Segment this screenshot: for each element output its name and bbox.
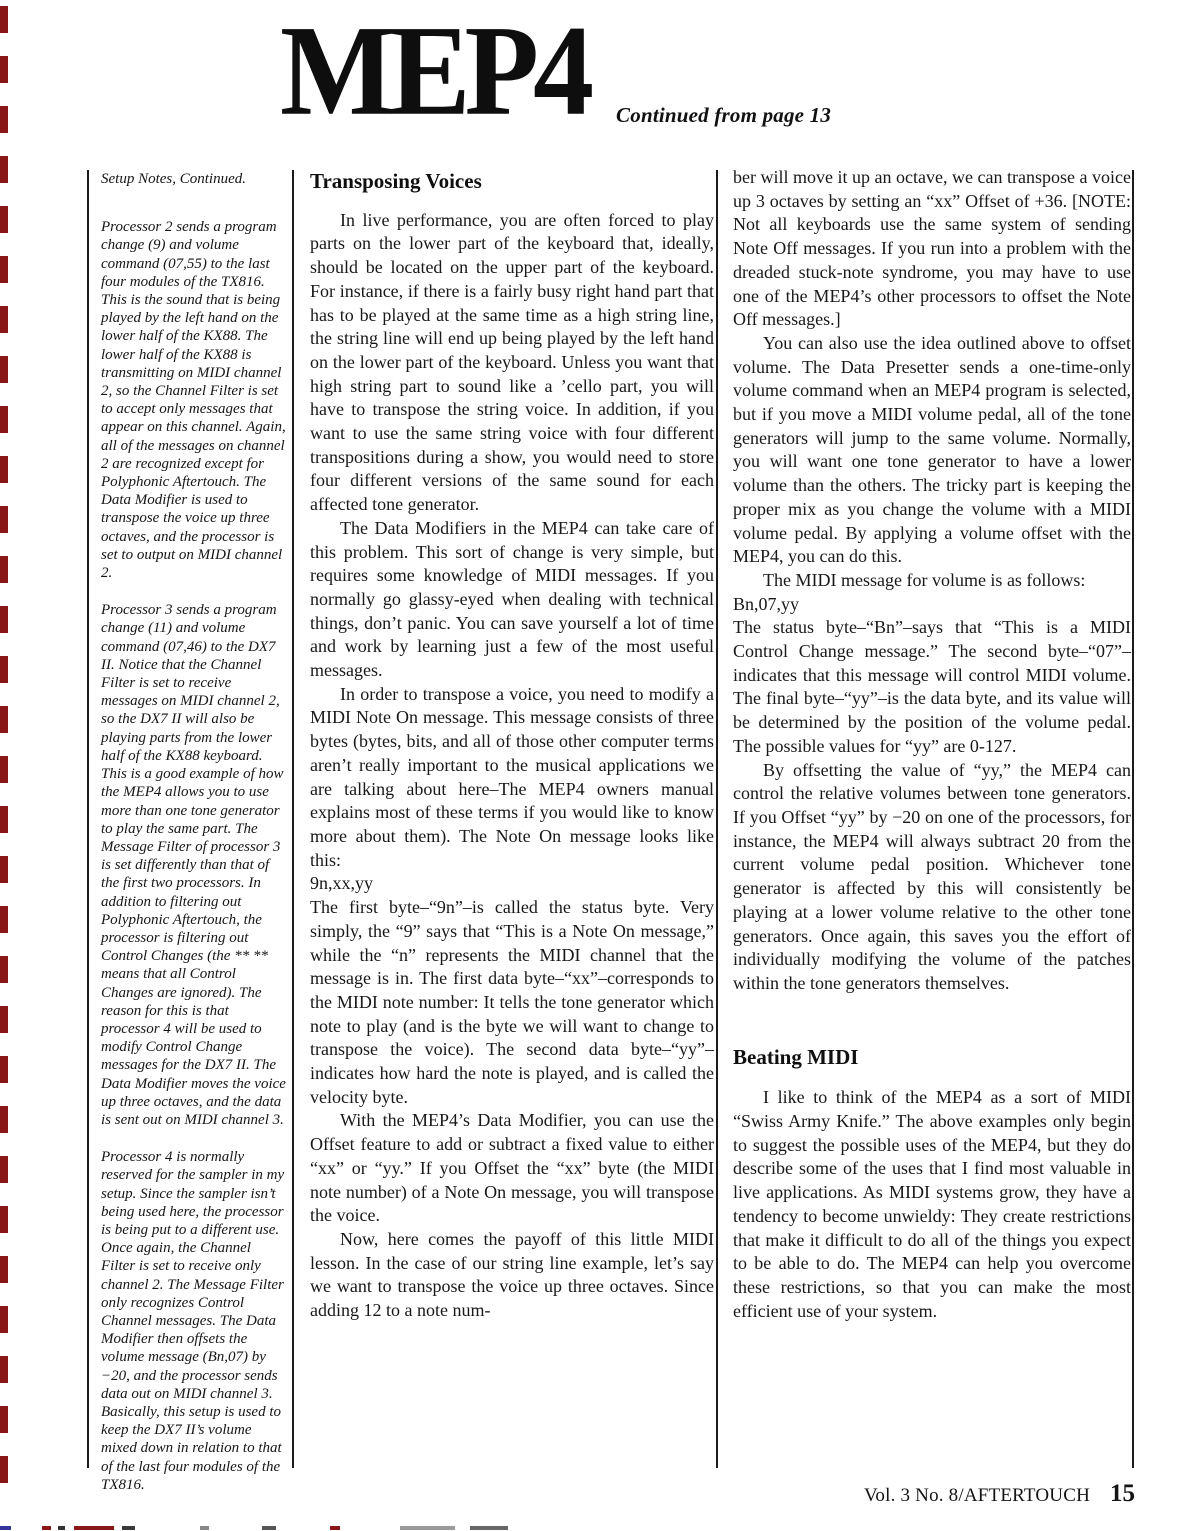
column-rule-left	[87, 170, 89, 1468]
page-title: MEP4	[280, 7, 588, 136]
midi-message-example: Bn,07,yy	[733, 593, 1131, 617]
body-paragraph: By offsetting the value of “yy,” the MEP…	[733, 759, 1131, 996]
sidebar-paragraph: Processor 2 sends a program change (9) a…	[101, 218, 288, 582]
column-rule-middle	[716, 170, 718, 1468]
sidebar-heading: Setup Notes, Continued.	[101, 170, 288, 188]
column-rule-sidebar	[292, 170, 294, 1468]
sidebar-paragraph: Processor 4 is normally reserved for the…	[101, 1148, 288, 1494]
body-paragraph: You can also use the idea outlined above…	[733, 332, 1131, 569]
continued-from-note: Continued from page 13	[616, 103, 831, 128]
midi-message-example: 9n,xx,yy	[310, 872, 714, 896]
body-paragraph: In order to transpose a voice, you need …	[310, 683, 714, 873]
journal-issue-label: Vol. 3 No. 8/AFTERTOUCH	[864, 1485, 1090, 1507]
body-paragraph: I like to think of the MEP4 as a sort of…	[733, 1086, 1131, 1323]
article-column-middle: Transposing Voices In live performance, …	[310, 170, 714, 1323]
body-paragraph: Now, here comes the payoff of this littl…	[310, 1228, 714, 1323]
body-paragraph: The status byte–“Bn”–says that “This is …	[733, 616, 1131, 758]
body-paragraph: ber will move it up an octave, we can tr…	[733, 166, 1131, 332]
section-heading-beating-midi: Beating MIDI	[733, 1046, 1131, 1070]
cropped-print-fragments	[0, 1526, 560, 1531]
page-footer: Vol. 3 No. 8/AFTERTOUCH 15	[864, 1480, 1135, 1508]
body-paragraph: In live performance, you are often force…	[310, 209, 714, 517]
magazine-page: { "masthead": { "title": "MEP4", "contin…	[0, 0, 1186, 1531]
body-paragraph: With the MEP4’s Data Modifier, you can u…	[310, 1109, 714, 1228]
film-edge-marks	[0, 6, 8, 1504]
column-rule-right	[1132, 170, 1134, 1468]
section-heading-transposing-voices: Transposing Voices	[310, 170, 714, 194]
body-paragraph: The MIDI message for volume is as follow…	[733, 569, 1131, 593]
body-paragraph: The Data Modifiers in the MEP4 can take …	[310, 517, 714, 683]
article-column-right: ber will move it up an octave, we can tr…	[733, 166, 1131, 1323]
sidebar-paragraph: Processor 3 sends a program change (11) …	[101, 601, 288, 1129]
page-number: 15	[1110, 1480, 1135, 1508]
setup-notes-sidebar: Setup Notes, Continued. Processor 2 send…	[101, 170, 288, 1513]
masthead: MEP4 Continued from page 13	[280, 14, 831, 136]
body-paragraph: The first byte–“9n”–is called the status…	[310, 896, 714, 1109]
